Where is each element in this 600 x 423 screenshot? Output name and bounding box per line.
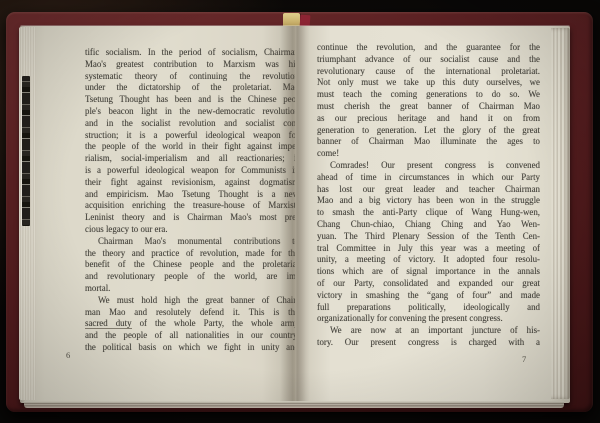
right-page-number: 7 — [522, 354, 526, 364]
text-line: tions which are of signal importance in … — [317, 266, 540, 278]
text-line: tory. Our present congress is charged wi… — [317, 337, 540, 349]
text-line: unity, a meeting of victory. It adopted … — [317, 254, 540, 266]
text-line: must cherish the great banner of Chairma… — [317, 101, 540, 113]
text-line: systematic theory of continuing the revo… — [85, 71, 299, 83]
text-line: must teach the coming generations to do … — [317, 89, 540, 101]
text-line: has lost our great leader and teacher Ch… — [317, 184, 540, 196]
text-line: man Mao and resolutely defend it. This i… — [85, 307, 299, 319]
open-pages: tific socialism. In the period of social… — [20, 26, 570, 403]
text-line: and empiricism. Mao Tsetung Thought is a… — [85, 189, 299, 201]
text-line: mortal. — [85, 283, 299, 295]
right-page: continue the revolution, and the guarant… — [295, 26, 570, 403]
text-line: cious legacy to our era. — [85, 224, 299, 236]
text-line: the people of the world in their fight a… — [85, 141, 299, 153]
text-line: Chang Chun-chiao, Chiang Ching and Yao W… — [317, 219, 540, 231]
text-line: come! — [317, 148, 540, 160]
text-line: the political basis on which we fight in… — [85, 342, 299, 354]
text-line: Not only must we take up this duty ourse… — [317, 77, 540, 89]
text-line: full preparations politically, ideologic… — [317, 302, 540, 314]
text-line: struction; it is a powerful ideological … — [85, 130, 299, 142]
right-page-text: continue the revolution, and the guarant… — [317, 42, 540, 349]
text-line: triumphant advance of our socialist caus… — [317, 54, 540, 66]
left-page-text: tific socialism. In the period of social… — [85, 47, 299, 354]
text-line: Tsetung Thought has been and is the Chin… — [85, 94, 299, 106]
text-line: ahead of time in circumstances in which … — [317, 172, 540, 184]
text-line: sacred duty of the whole Party, the whol… — [85, 318, 299, 330]
paragraph: tific socialism. In the period of social… — [85, 47, 299, 236]
photo-plate-edges — [22, 76, 30, 226]
text-line: the theory and practice of revolution, m… — [85, 248, 299, 260]
text-line: and the people of all nationalities in o… — [85, 330, 299, 342]
text-line: their fight against revisionism, against… — [85, 177, 299, 189]
text-line: Mao and a big victory has been won in th… — [317, 195, 540, 207]
text-line: under the dictatorship of the proletaria… — [85, 82, 299, 94]
text-line: organizationally for convening the prese… — [317, 313, 540, 325]
text-line: We are now at an important juncture of h… — [317, 325, 540, 337]
text-line: tific socialism. In the period of social… — [85, 47, 299, 59]
text-line: generation to generation. Let the glory … — [317, 125, 540, 137]
text-line: banner of Chairman Mao illuminate the ag… — [317, 136, 540, 148]
text-line: Comrades! Our present congress is conven… — [317, 160, 540, 172]
text-line: acquisition enriching the treasure-house… — [85, 200, 299, 212]
text-line: to smash the anti-Party clique of Wang H… — [317, 207, 540, 219]
text-line: as our precious heritage and hand it on … — [317, 113, 540, 125]
paragraph: Chairman Mao's monumental contributions … — [85, 236, 299, 295]
text-line: is a powerful ideological weapon for Com… — [85, 165, 299, 177]
text-line: We must hold high the great banner of Ch… — [85, 295, 299, 307]
left-page: tific socialism. In the period of social… — [20, 26, 295, 403]
paragraph: We are now at an important juncture of h… — [317, 325, 540, 349]
text-line: revolutionary cause of the international… — [317, 66, 540, 78]
paragraph: continue the revolution, and the guarant… — [317, 42, 540, 160]
book-photo: tific socialism. In the period of social… — [0, 0, 600, 423]
text-line: yuan. The Third Plenary Session of the T… — [317, 231, 540, 243]
bottom-page-edges — [24, 401, 564, 408]
text-line: ple's beacon light in the new-democratic… — [85, 106, 299, 118]
text-line: continue the revolution, and the guarant… — [317, 42, 540, 54]
left-page-number: 6 — [66, 350, 70, 360]
text-line: benefit of the Chinese people and the pr… — [85, 259, 299, 271]
text-line: and in the socialist revolution and soci… — [85, 118, 299, 130]
text-line: of our Party, consolidated and expanded … — [317, 278, 540, 290]
paragraph: Comrades! Our present congress is conven… — [317, 160, 540, 325]
text-line: Mao's greatest contribution to Marxism w… — [85, 59, 299, 71]
text-line: rialism, social-imperialism and all reac… — [85, 153, 299, 165]
right-page-edges — [551, 28, 570, 399]
pencil-underlined-text: sacred duty — [85, 318, 132, 328]
text-line: Leninist theory and is Chairman Mao's mo… — [85, 212, 299, 224]
text-line: and revolutionary people of the world, a… — [85, 271, 299, 283]
text-line: tral Committee in July this year was a m… — [317, 243, 540, 255]
text-line: Chairman Mao's monumental contributions … — [85, 236, 299, 248]
paragraph: We must hold high the great banner of Ch… — [85, 295, 299, 354]
text-line: victory in smashing the “gang of four” a… — [317, 290, 540, 302]
